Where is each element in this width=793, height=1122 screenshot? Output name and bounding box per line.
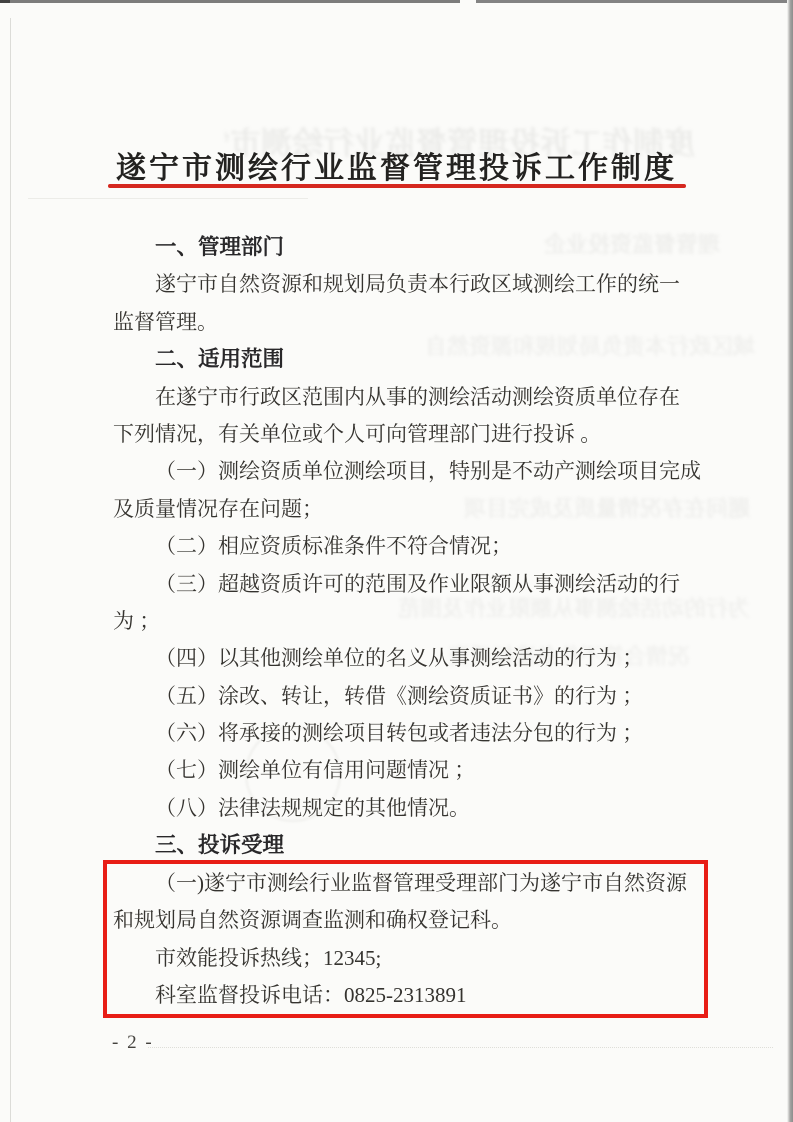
footer-dotted-line bbox=[148, 1047, 773, 1048]
text-line: 一、管理部门 bbox=[113, 229, 683, 266]
text-line: （五）涂改、转让，转借《测绘资质证书》的行为 ； bbox=[113, 678, 683, 715]
text-line: 在遂宁市行政区范围内从事的测绘活动测绘资质单位存在 bbox=[113, 379, 683, 416]
document-title: 遂宁市测绘行业监督管理投诉工作制度 bbox=[0, 143, 793, 187]
highlighted-text-line: 和规划局自然资源调查监测和确权登记科。 bbox=[113, 902, 698, 939]
text-line: 监督管理。 bbox=[113, 304, 683, 341]
red-highlight-box: （一)遂宁市测绘行业监督管理受理部门为遂宁市自然资源 和规划局自然资源调查监测和… bbox=[103, 860, 708, 1018]
text-line: （二）相应资质标准条件不符合情况； bbox=[113, 528, 683, 565]
scan-edge-top bbox=[0, 0, 793, 3]
text-line: 二、适用范围 bbox=[113, 341, 683, 378]
scan-crease-line bbox=[28, 198, 308, 199]
text-line: （一）测绘资质单位测绘项目，特别是不动产测绘项目完成 bbox=[113, 453, 683, 490]
page-number: - 2 - bbox=[112, 1032, 154, 1054]
text-line: 为 ； bbox=[113, 603, 683, 640]
text-line: 遂宁市自然资源和规划局负责本行政区域测绘工作的统一 bbox=[113, 266, 683, 303]
text-line: （四）以其他测绘单位的名义从事测绘活动的行为 ； bbox=[113, 640, 683, 677]
scanned-document-page: 度制作工诉投理管督监业行绘测市宁遂 理管督监资投业企 域区政行本责负局划规和源资… bbox=[0, 0, 793, 1122]
text-line: （七）测绘单位有信用问题情况 ； bbox=[113, 752, 683, 789]
highlighted-text-line: 市效能投诉热线；12345; bbox=[113, 940, 698, 977]
highlighted-text-line: 科室监督投诉电话：0825-2313891 bbox=[113, 977, 698, 1014]
text-line: （六）将承接的测绘项目转包或者违法分包的行为 ； bbox=[113, 715, 683, 752]
highlighted-text-line: （一)遂宁市测绘行业监督管理受理部门为遂宁市自然资源 bbox=[113, 865, 698, 902]
text-line: （八）法律法规规定的其他情况。 bbox=[113, 790, 683, 827]
text-line: 及质量情况存在问题； bbox=[113, 491, 683, 528]
text-line: （三）超越资质许可的范围及作业限额从事测绘活动的行 bbox=[113, 566, 683, 603]
highlighted-body: （一)遂宁市测绘行业监督管理受理部门为遂宁市自然资源 和规划局自然资源调查监测和… bbox=[113, 865, 698, 1015]
text-line: 下列情况，有关单位或个人可向管理部门进行投诉 。 bbox=[113, 416, 683, 453]
document-body: 一、管理部门 遂宁市自然资源和规划局负责本行政区域测绘工作的统一 监督管理。 二… bbox=[113, 229, 683, 865]
title-red-underline bbox=[108, 184, 686, 188]
